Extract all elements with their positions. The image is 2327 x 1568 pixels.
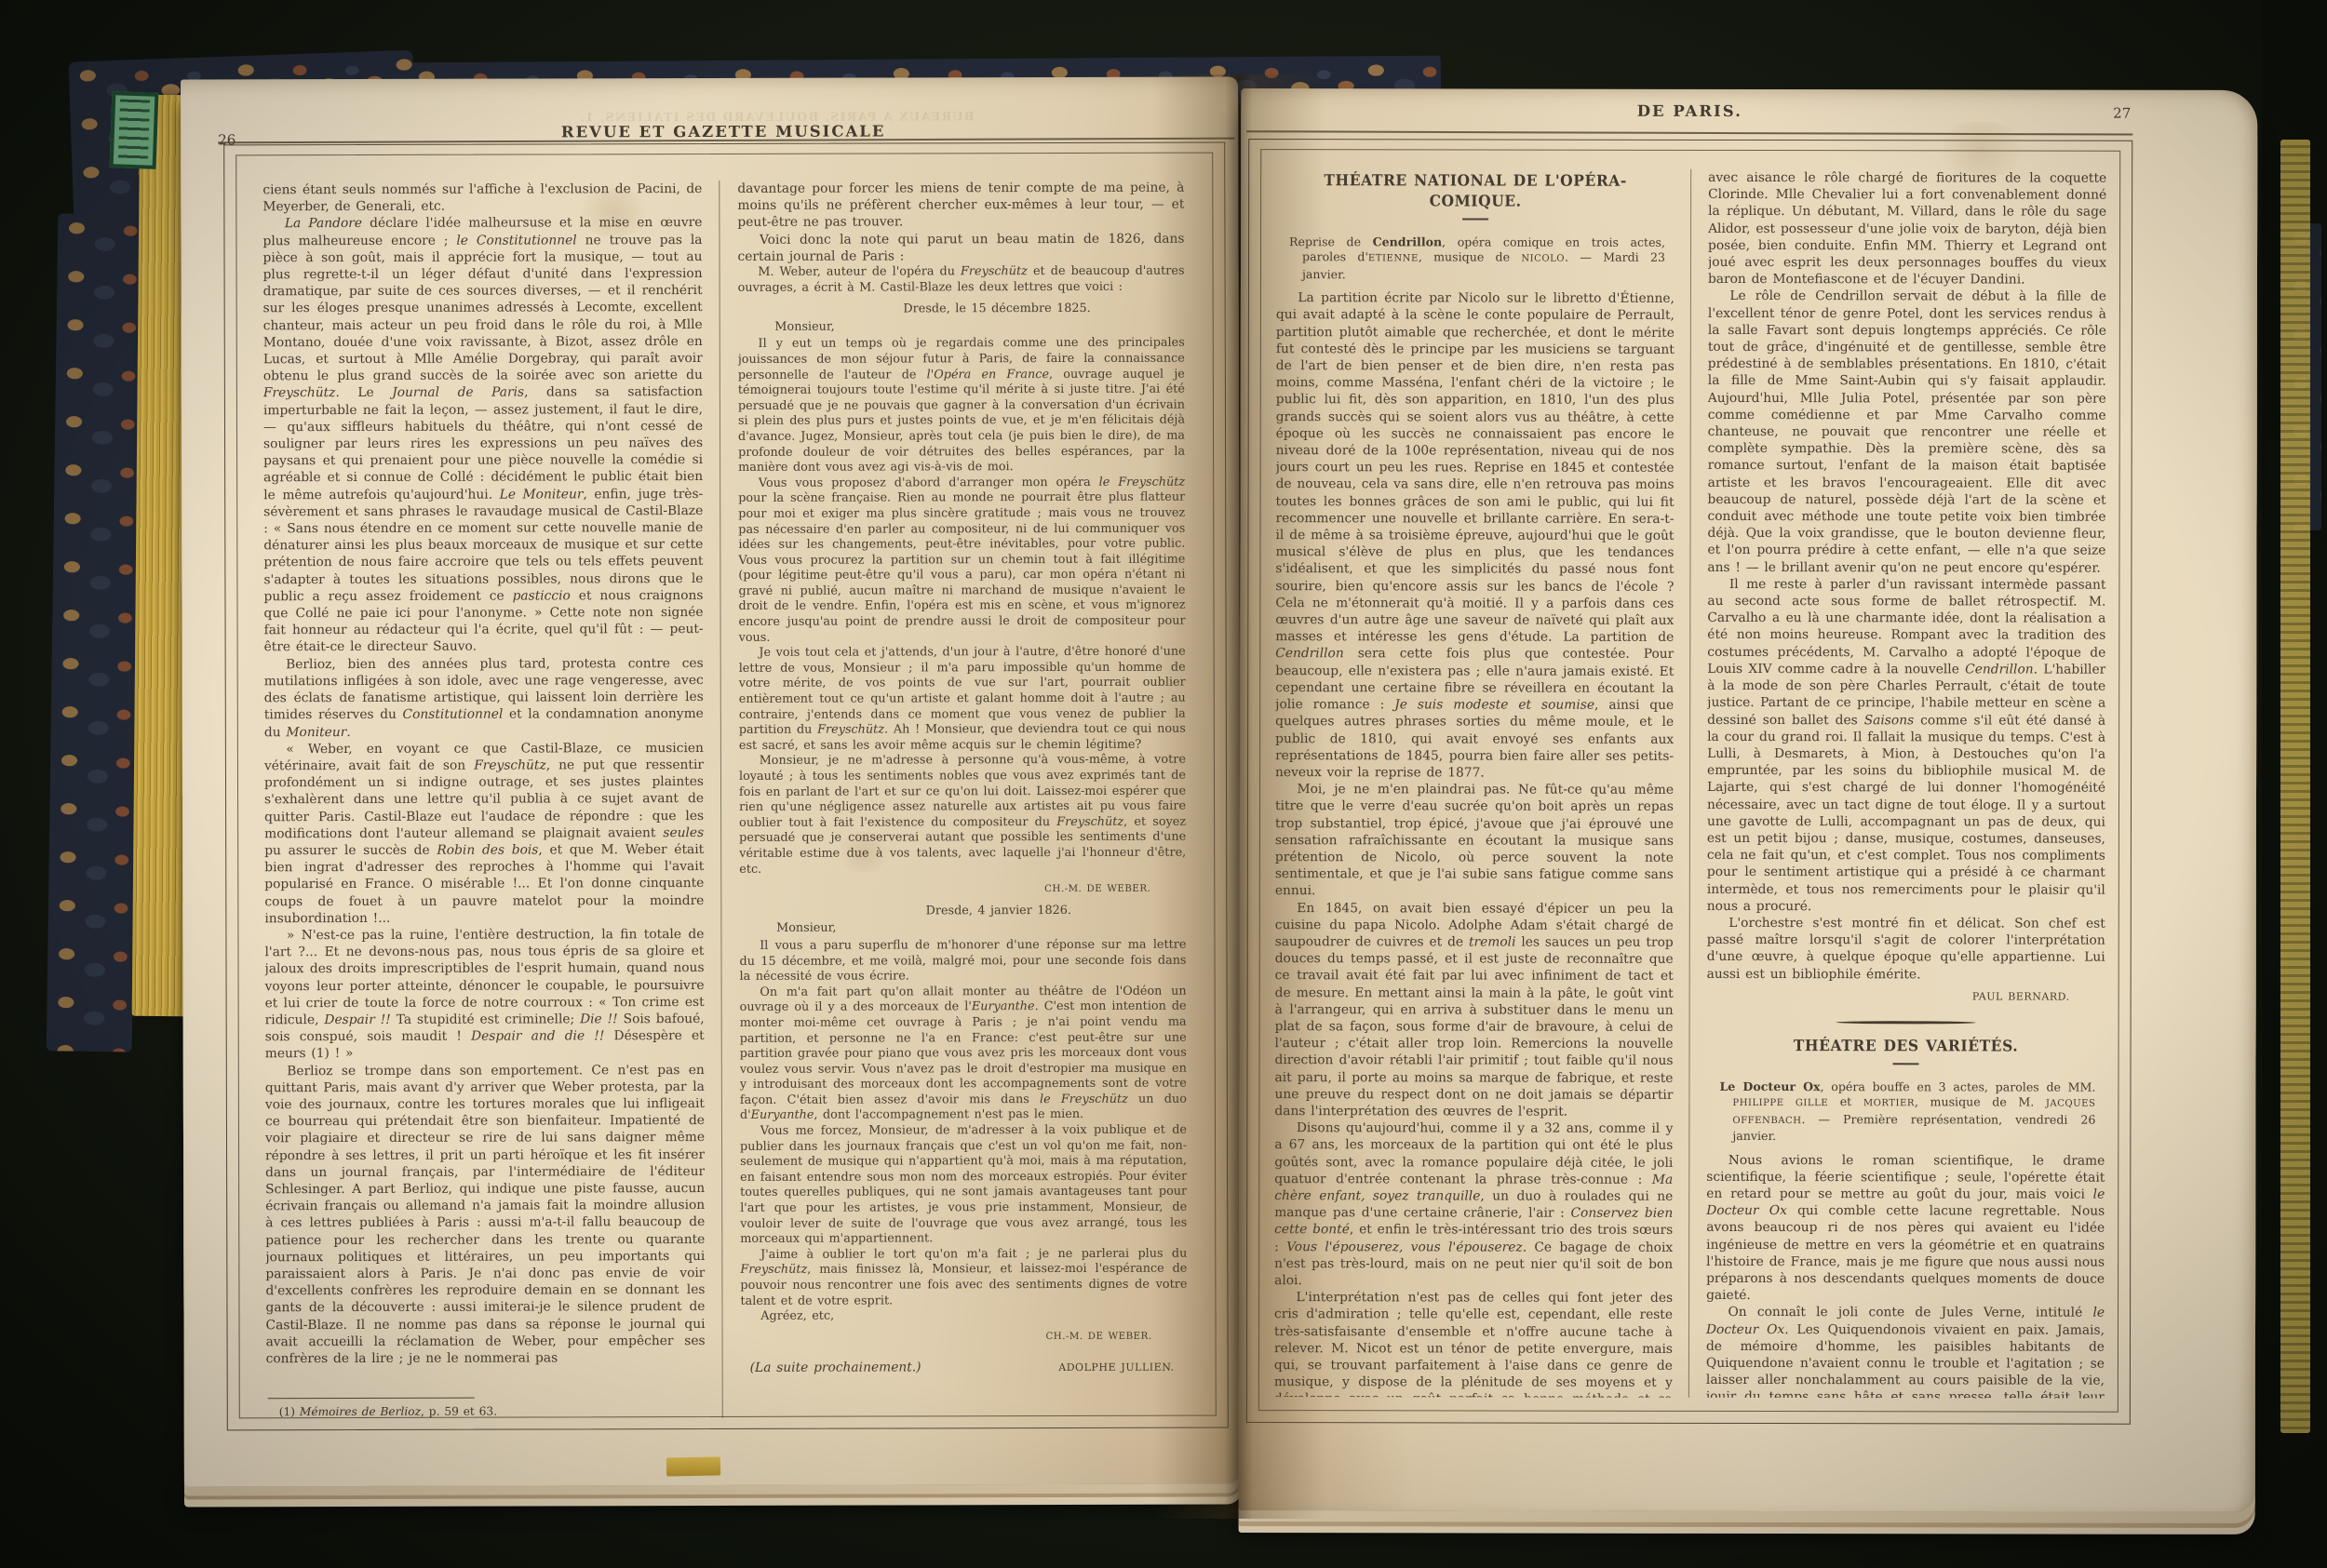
- column-1: THÉATRE NATIONAL DE L'OPÉRA-COMIQUE.Repr…: [1274, 168, 1675, 1398]
- paragraph: Vous me forcez, Monsieur, de m'adresser …: [740, 1123, 1187, 1248]
- signature: PAUL BERNARD.: [1707, 987, 2105, 1006]
- paragraph: Le rôle de Cendrillon servait de début à…: [1707, 288, 2106, 576]
- column-2: avec aisance le rôle chargé de fioriture…: [1690, 169, 2106, 1399]
- paragraph: » N'est-ce pas la ruine, l'entière destr…: [264, 926, 704, 1063]
- footnote-area: (1) Mémoires de Berlioz, p. 59 et 63.: [266, 1391, 706, 1420]
- paragraph: Voici donc la note qui parut un beau mat…: [737, 230, 1184, 265]
- paragraph: davantage pour forcer les miens de tenir…: [737, 180, 1184, 232]
- page-number: 27: [1248, 103, 2131, 122]
- title-dash: [1276, 211, 1675, 227]
- page-fore-edge-right: [2280, 140, 2310, 1433]
- paragraph: Moi, je ne m'en plaindrai pas. Ne fût-ce…: [1275, 781, 1674, 900]
- paragraph: On connaît le joli conte de Jules Verne,…: [1706, 1304, 2105, 1398]
- performance-credits: Le Docteur Ox, opéra bouffe en 3 actes, …: [1706, 1079, 2105, 1145]
- paragraph: « Weber, en voyant ce que Castil-Blaze, …: [264, 740, 705, 927]
- signature: CH.-M. DE WEBER.: [741, 1328, 1188, 1345]
- salutation: Monsieur,: [739, 920, 1186, 937]
- paragraph: M. Weber, auteur de l'opéra du Freyschüt…: [738, 264, 1185, 296]
- paragraph: avec aisance le rôle chargé de fioriture…: [1708, 169, 2106, 288]
- section-title: THÉATRE DES VARIÉTÉS.: [1718, 1036, 2092, 1057]
- paragraph: Il vous a paru superflu de m'honorer d'u…: [739, 938, 1186, 985]
- column-1-text: THÉATRE NATIONAL DE L'OPÉRA-COMIQUE.Repr…: [1274, 168, 1675, 1398]
- suite-and-author-row: (La suite prochainement.)ADOLPHE JULLIEN…: [741, 1359, 1188, 1377]
- paragraph: Berlioz se trompe dans son emportement. …: [265, 1062, 706, 1368]
- paragraph: Berlioz, bien des années plus tard, prot…: [264, 655, 704, 741]
- paragraph: Nous avions le roman scientifique, le dr…: [1706, 1152, 2105, 1306]
- column-1: ciens étant seuls nommés sur l'affiche à…: [262, 181, 705, 1419]
- paragraph: Il me reste à parler d'un ravissant inte…: [1707, 576, 2106, 916]
- paragraph: Je vois tout cela et j'attends, d'un jou…: [739, 645, 1186, 754]
- column-1-text: ciens étant seuls nommés sur l'affiche à…: [262, 181, 705, 1367]
- lens-divider: [1707, 1012, 2105, 1035]
- book-cover-marbled-left-edge: [47, 213, 144, 1052]
- paragraph: ciens étant seuls nommés sur l'affiche à…: [262, 181, 702, 216]
- footnote-rule: [268, 1397, 475, 1399]
- column-2-text: avec aisance le rôle chargé de fioriture…: [1706, 169, 2106, 1399]
- paragraph: Il y eut un temps où je regardais comme …: [738, 336, 1185, 476]
- column-2: davantage pour forcer les miens de tenir…: [720, 180, 1187, 1418]
- page-marker-tab: [666, 1456, 720, 1476]
- paragraph: Agréez, etc,: [740, 1308, 1187, 1325]
- paragraph: En 1845, on avait bien essayé d'épicer u…: [1274, 900, 1673, 1120]
- performance-credits: Reprise de Cendrillon, opéra comique en …: [1276, 235, 1675, 283]
- bookplate-label: [110, 91, 159, 169]
- footnote: (1) Mémoires de Berlioz, p. 59 et 63.: [266, 1404, 706, 1420]
- dateline: Dresde, 4 janvier 1826.: [739, 903, 1186, 919]
- paragraph: J'aime à oublier le tort qu'on m'a fait …: [740, 1246, 1187, 1309]
- paragraph: Vous vous proposez d'abord d'arranger mo…: [738, 475, 1185, 646]
- column-2-text: davantage pour forcer les miens de tenir…: [737, 180, 1187, 1378]
- header-rule: [1246, 130, 2132, 135]
- paragraph: L'orchestre s'est montré fin et délicat.…: [1707, 915, 2105, 984]
- paragraph: On m'a fait part qu'on allait monter au …: [740, 984, 1187, 1124]
- paragraph: Disons qu'aujourd'hui, comme il y a 32 a…: [1274, 1119, 1673, 1290]
- book-spread-photo: { "colors":{ "paper":"#e6d7ba","ink":"#4…: [0, 0, 2327, 1568]
- title-dash: [1706, 1056, 2105, 1072]
- section-title: THÉATRE NATIONAL DE L'OPÉRA-COMIQUE.: [1288, 170, 1662, 212]
- left-page: 26 REVUE ET GAZETTE MUSICALE BUREAUX A P…: [181, 77, 1242, 1487]
- right-page: DE PARIS. 27 THÉATRE NATIONAL DE L'OPÉRA…: [1239, 88, 2258, 1512]
- signature: CH.-M. DE WEBER.: [739, 881, 1186, 898]
- paragraph: Monsieur, je ne m'adresse à personne qu'…: [739, 753, 1186, 878]
- paragraph: La partition écrite par Nicolo sur le li…: [1275, 289, 1675, 782]
- paragraph: L'interprétation n'est pas de celles qui…: [1274, 1289, 1673, 1398]
- paragraph: La Pandore déclare l'idée malheursuse et…: [262, 214, 703, 656]
- salutation: Monsieur,: [738, 318, 1185, 335]
- dateline: Dresde, le 15 décembre 1825.: [738, 302, 1185, 318]
- bleedthrough-text: BUREAUX A PARIS, BOULEVARD DES ITALIENS,…: [423, 109, 1130, 125]
